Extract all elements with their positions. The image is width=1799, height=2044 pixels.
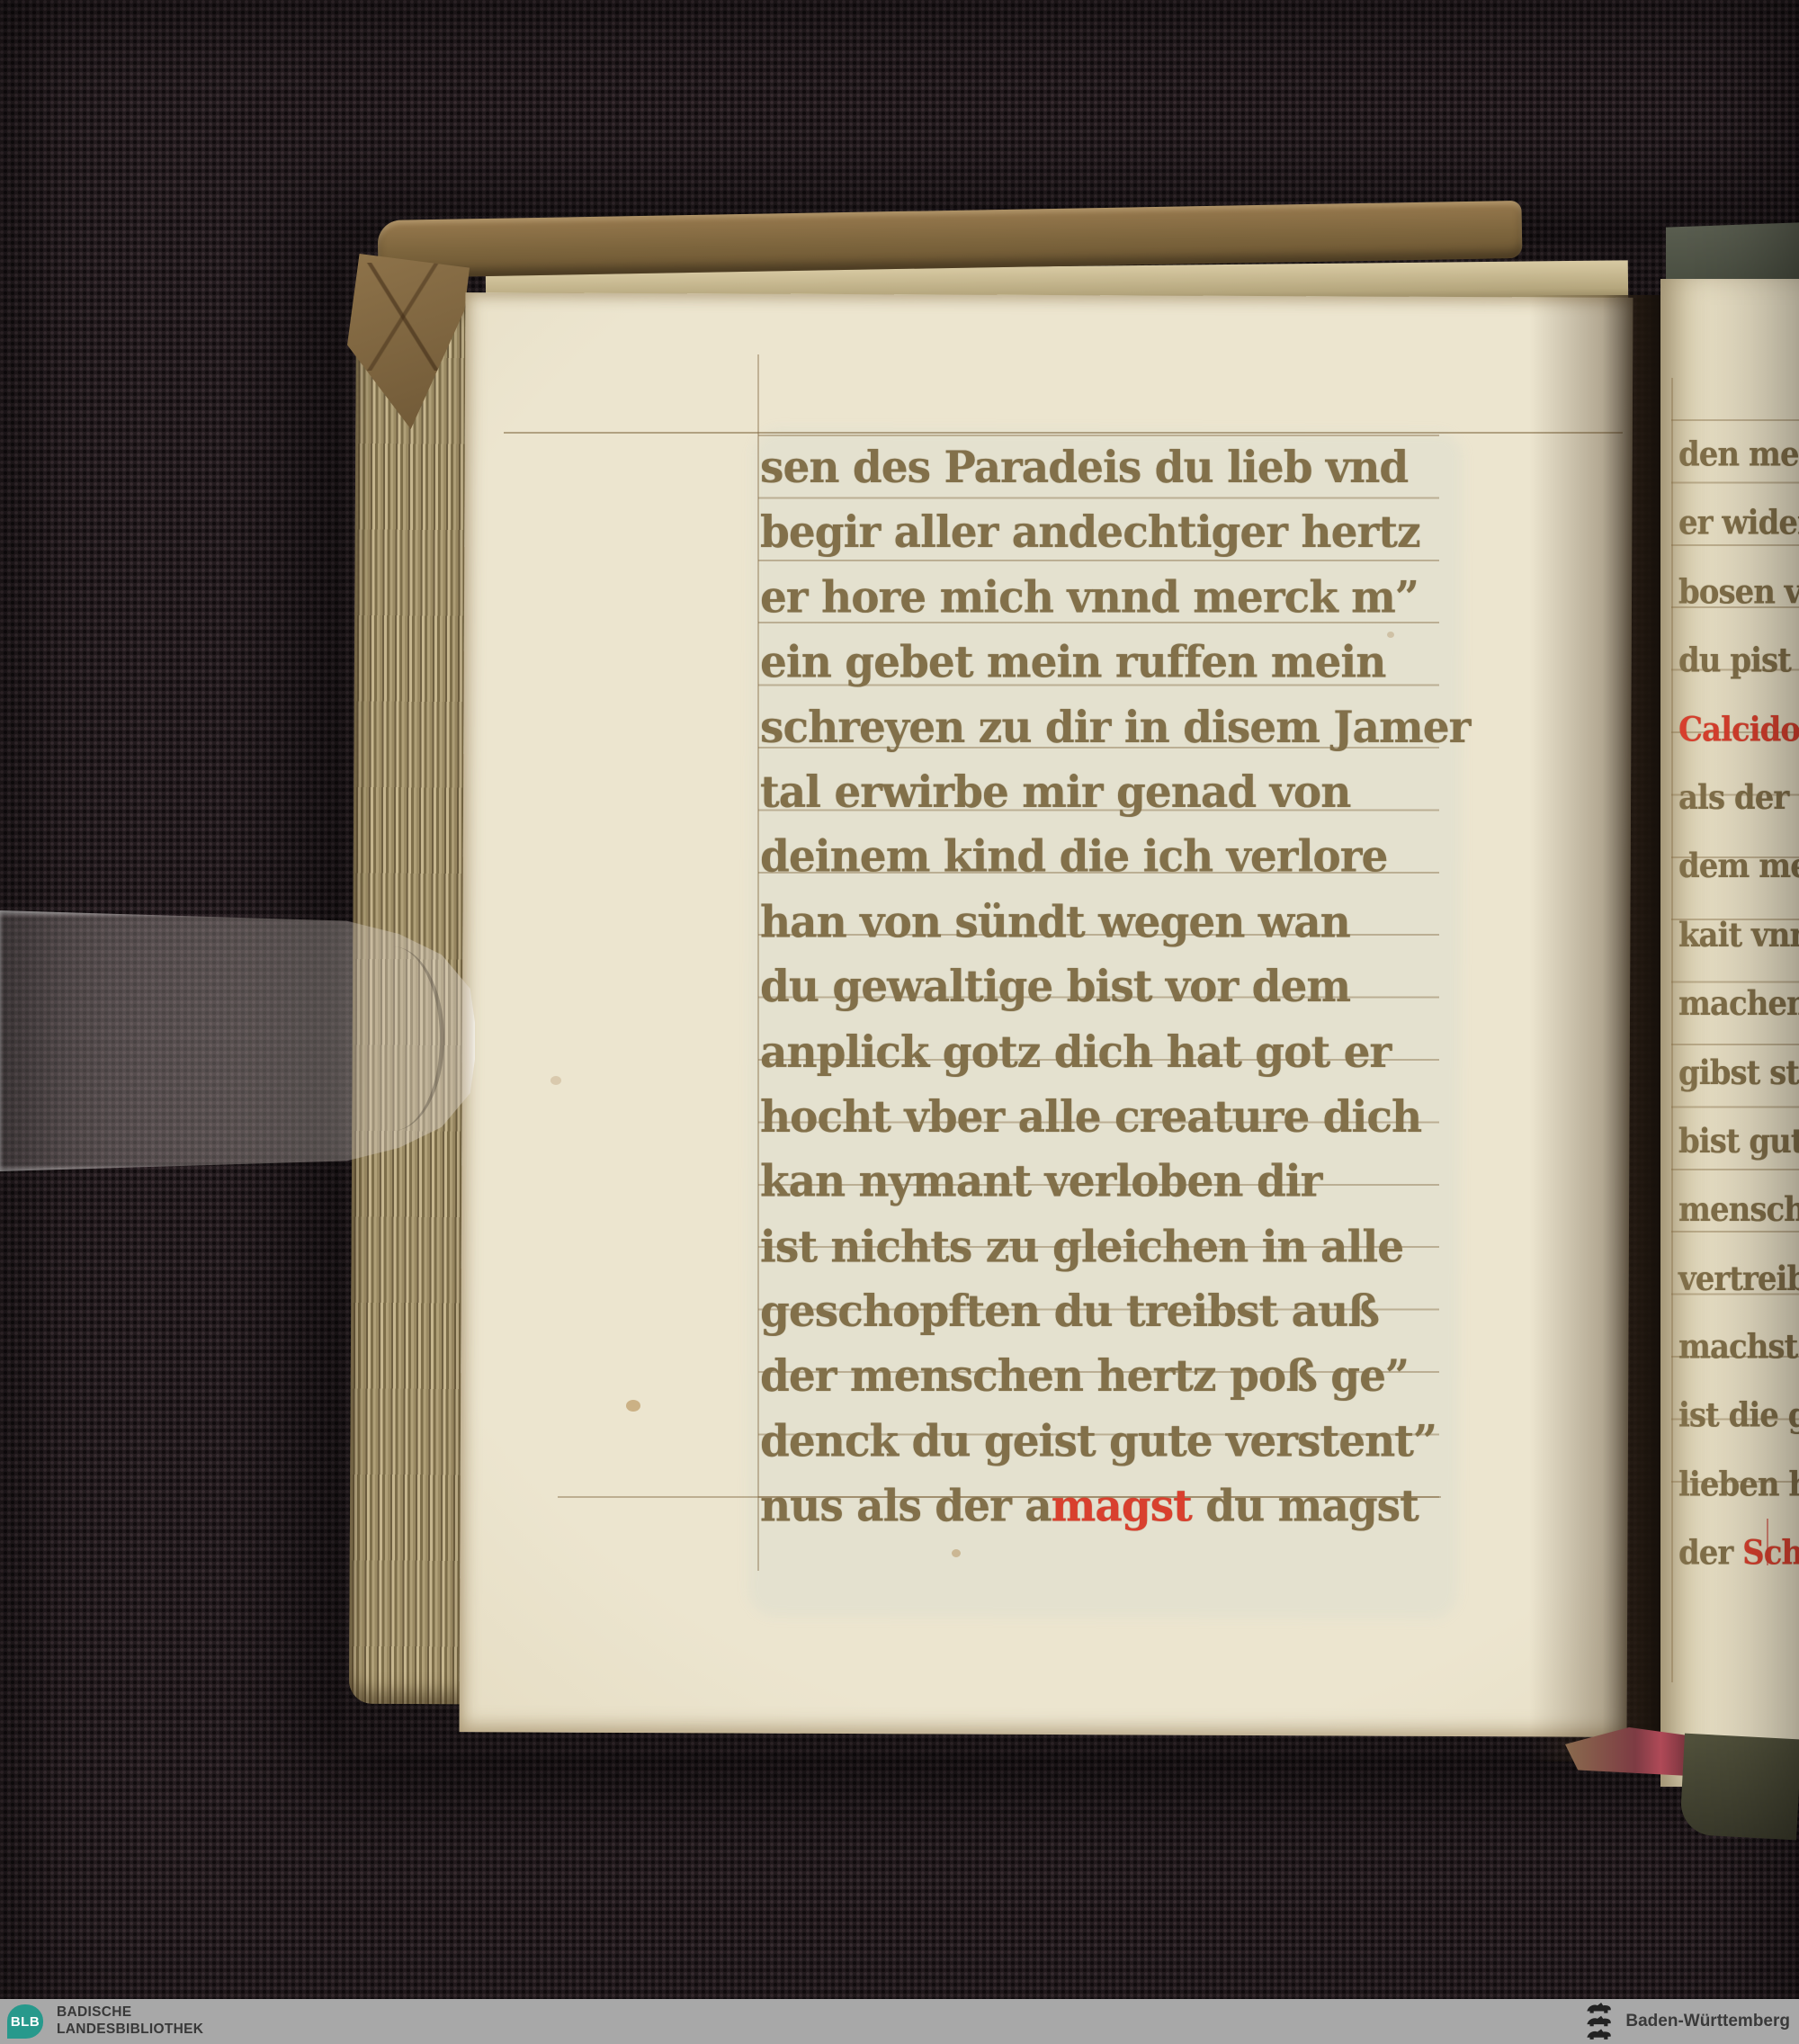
baden-wuerttemberg-coat-of-arms-icon (1584, 2002, 1615, 2041)
blb-logo-text: BLB (11, 2014, 40, 2030)
library-name: BADISCHE LANDESBIBLIOTHEK (57, 2004, 203, 2038)
library-branding: BLB BADISCHE LANDESBIBLIOTHEK (0, 2004, 203, 2039)
library-name-line1: BADISCHE (57, 2004, 203, 2022)
footer-bar: BLB BADISCHE LANDESBIBLIOTHEK Baden-Würt… (0, 1999, 1799, 2044)
state-branding: Baden-Württemberg (1584, 2002, 1799, 2041)
digitized-manuscript-photo: sen des Paradeis du lieb vndbegir aller … (0, 0, 1799, 2044)
photo-vignette (0, 0, 1799, 2044)
library-name-line2: LANDESBIBLIOTHEK (57, 2022, 203, 2039)
state-name: Baden-Württemberg (1625, 2012, 1790, 2031)
blb-logo: BLB (7, 2004, 43, 2039)
